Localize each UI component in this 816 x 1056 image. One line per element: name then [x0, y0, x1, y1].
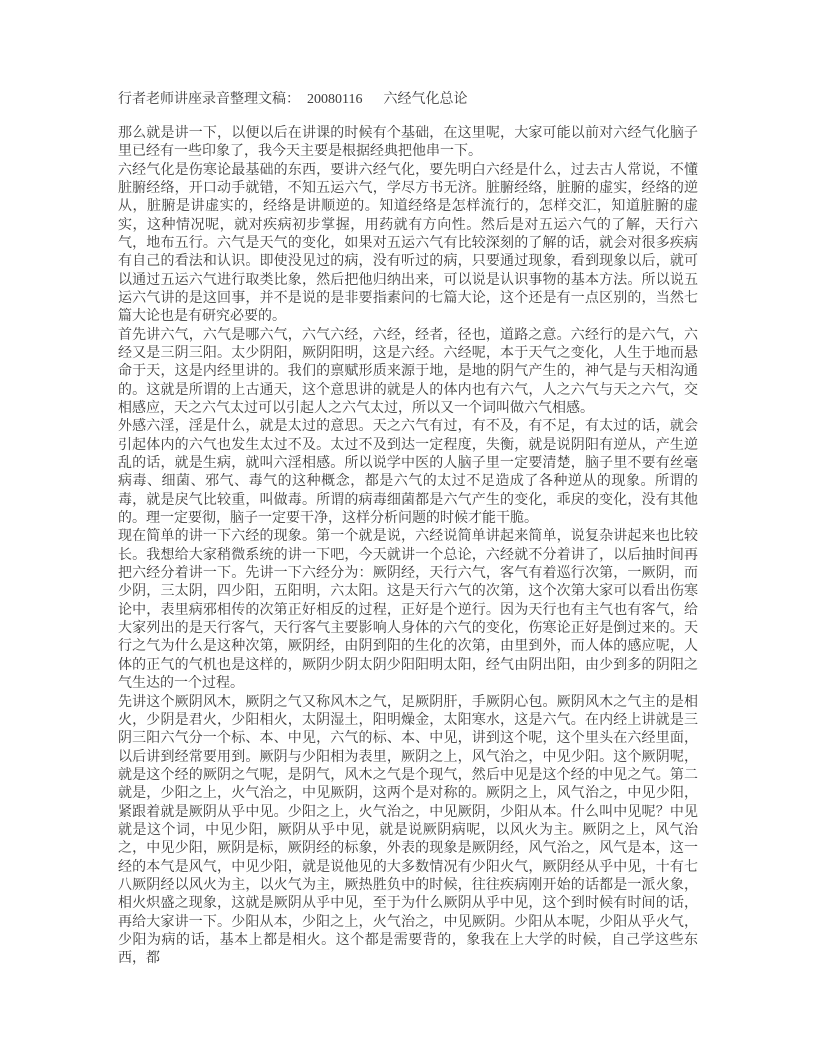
document-body: 那么就是讲一下，以便以后在讲课的时候有个基础，在这里呢，大家可能以前对六经气化脑… — [118, 125, 698, 969]
paragraph-intro: 那么就是讲一下，以便以后在讲课的时候有个基础，在这里呢，大家可能以前对六经气化脑… — [118, 125, 698, 162]
paragraph-liujing-overview: 现在简单的讲一下六经的现象。第一个就是说，六经说简单讲起来简单，说复杂讲起来也比… — [118, 528, 698, 693]
document-title: 行者老师讲座录音整理文稿： 20080116 六经气化总论 — [118, 91, 698, 109]
paragraph-liuqi-liujing: 首先讲六气，六气是哪六气，六气六经，六经，经者，径也，道路之意。六经行的是六气，… — [118, 327, 698, 419]
document-page: 行者老师讲座录音整理文稿： 20080116 六经气化总论 那么就是讲一下，以便… — [0, 0, 816, 1056]
paragraph-jueyin-fengmu: 先讲这个厥阴风木，厥阴之气又称风木之气，足厥阴肝，手厥阴心包。厥阴风木之气主的是… — [118, 694, 698, 969]
paragraph-waigan-liuyin: 外感六淫，淫是什么，就是太过的意思。天之六气有过，有不及，有不足，有太过的话，就… — [118, 418, 698, 528]
paragraph-liujing-qihua-basics: 六经气化是伤寒论最基础的东西，要讲六经气化，要先明白六经是什么，过去古人常说，不… — [118, 162, 698, 327]
